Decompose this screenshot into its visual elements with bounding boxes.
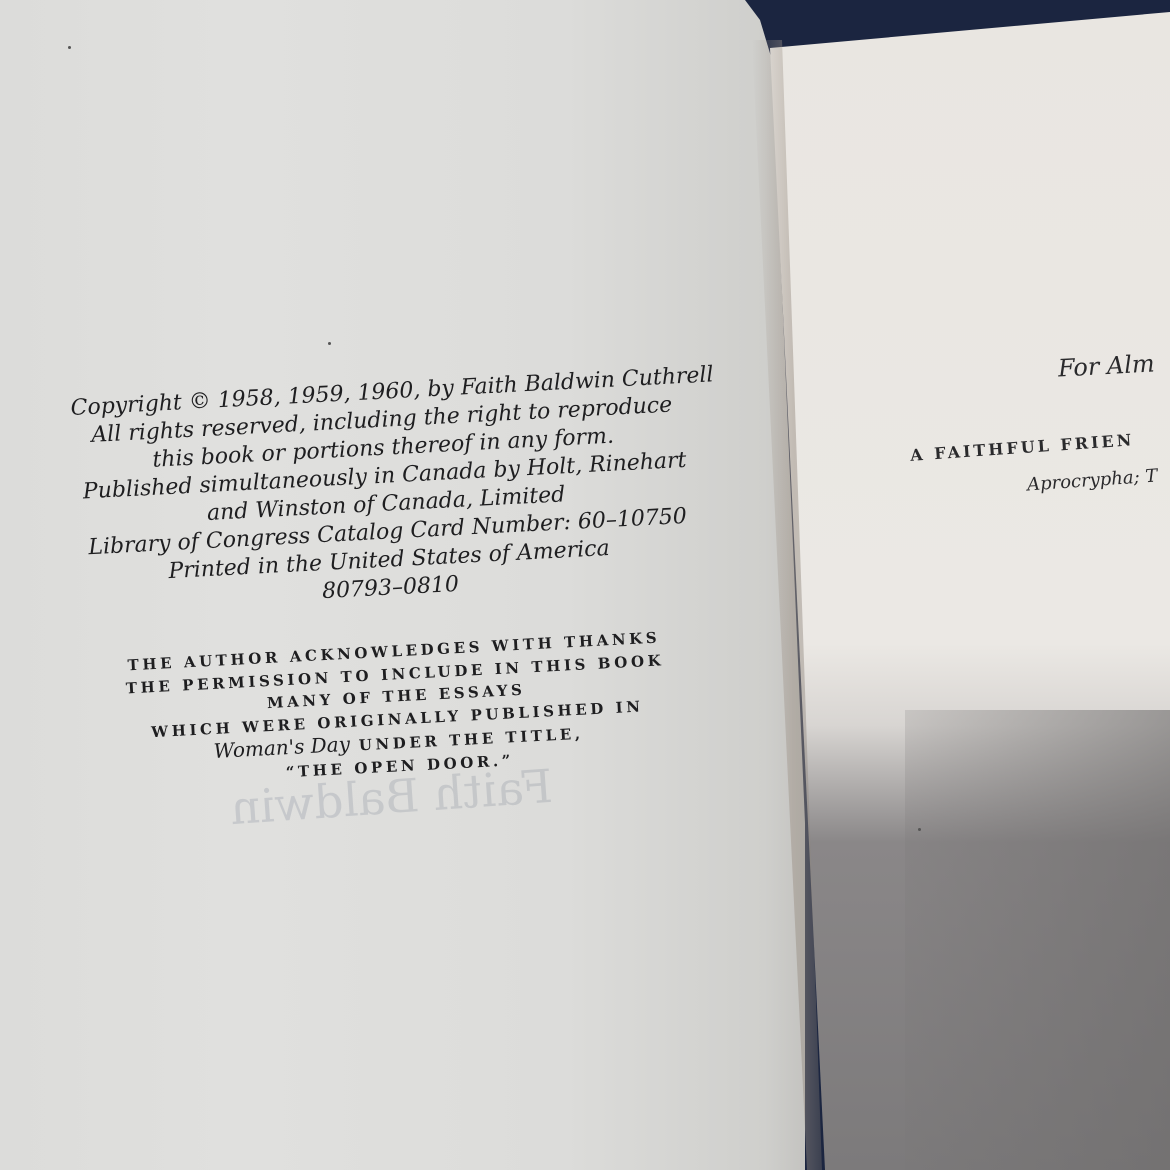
paper-speck <box>918 828 921 831</box>
paper-speck <box>328 342 331 345</box>
copyright-block: Copyright © 1958, 1959, 1960, by Faith B… <box>70 363 701 619</box>
copyright-page-text: Copyright © 1958, 1959, 1960, by Faith B… <box>70 363 710 794</box>
paper-speck <box>68 46 71 49</box>
page-shadow <box>905 710 1170 1170</box>
dedication: For Alm <box>1057 349 1155 382</box>
